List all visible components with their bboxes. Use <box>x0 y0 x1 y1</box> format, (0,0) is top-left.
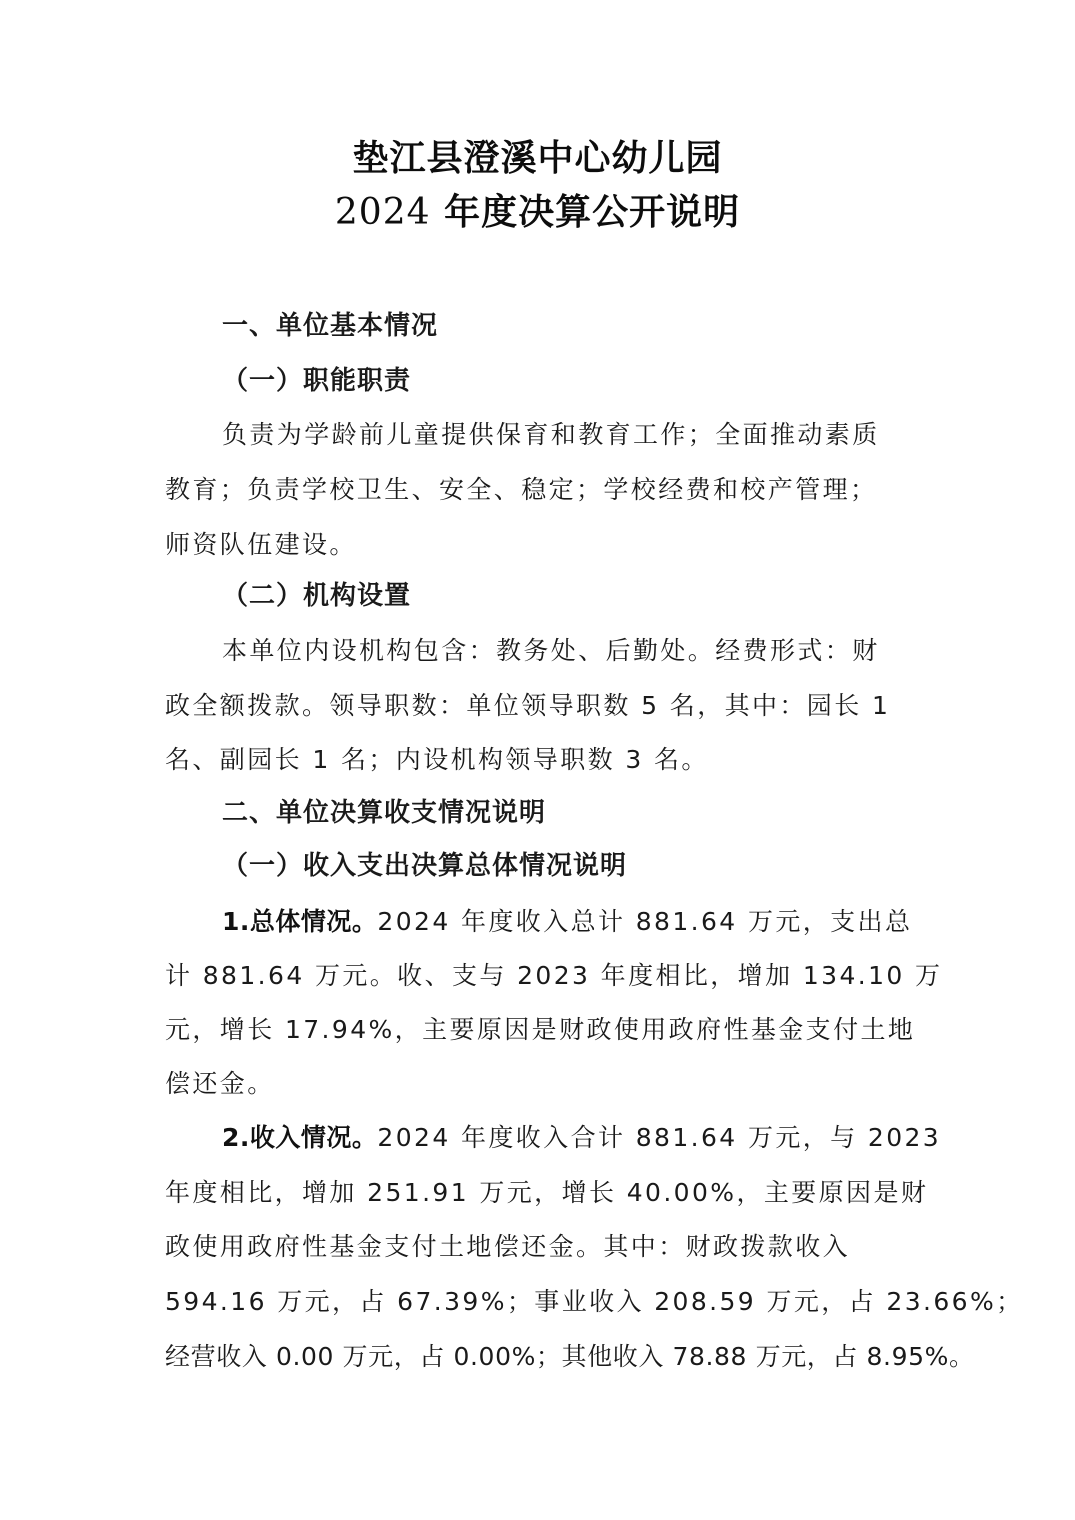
title-year: 2024 <box>335 192 431 233</box>
paragraph-line: 元，增长 17.94%，主要原因是财政使用政府性基金支付土地 <box>165 1013 915 1047</box>
paragraph-income: 2.收入情况。2024 年度收入合计 881.64 万元，与 2023 <box>222 1121 915 1155</box>
paragraph-line: 594.16 万元，占 67.39%；事业收入 208.59 万元，占 23.6… <box>165 1285 915 1319</box>
section-heading-basic-info: 一、单位基本情况 <box>222 309 915 343</box>
paragraph-line: 名、副园长 1 名；内设机构领导职数 3 名。 <box>165 743 915 777</box>
paragraph-line: 计 881.64 万元。收、支与 2023 年度相比，增加 134.10 万 <box>165 959 915 993</box>
paragraph-line: 本单位内设机构包含：教务处、后勤处。经费形式：财 <box>222 634 915 668</box>
paragraph-line: 教育；负责学校卫生、安全、稳定；学校经费和校产管理； <box>165 473 915 507</box>
paragraph-overall: 1.总体情况。2024 年度收入总计 881.64 万元，支出总 <box>222 905 915 939</box>
paragraph-line: 偿还金。 <box>165 1067 915 1101</box>
paragraph-line: 年度相比，增加 251.91 万元，增长 40.00%，主要原因是财 <box>165 1176 915 1210</box>
paragraph-line: 政使用政府性基金支付土地偿还金。其中：财政拨款收入 <box>165 1230 915 1264</box>
paragraph-line: 负责为学龄前儿童提供保育和教育工作；全面推动素质 <box>222 418 915 452</box>
subsection-heading-overall: （一）收入支出决算总体情况说明 <box>222 849 915 883</box>
paragraph-line: 政全额拨款。领导职数：单位领导职数 5 名，其中：园长 1 <box>165 689 915 723</box>
title-rest: 年度决算公开说明 <box>431 191 741 233</box>
subsection-heading-organization: （二）机构设置 <box>222 579 915 613</box>
subsection-heading-functions: （一）职能职责 <box>222 364 915 398</box>
document-page: 垫江县澄溪中心幼儿园 2024 年度决算公开说明 一、单位基本情况 （一）职能职… <box>0 0 1075 1520</box>
section-heading-final-accounts: 二、单位决算收支情况说明 <box>222 796 915 830</box>
document-title-line1: 垫江县澄溪中心幼儿园 <box>0 138 1075 178</box>
paragraph-line: 经营收入 0.00 万元，占 0.00%；其他收入 78.88 万元，占 8.9… <box>165 1340 915 1374</box>
paragraph-text: 2024 年度收入总计 881.64 万元，支出总 <box>377 907 912 936</box>
paragraph-lead: 2.收入情况。 <box>222 1123 377 1152</box>
paragraph-lead: 1.总体情况。 <box>222 907 377 936</box>
paragraph-text: 2024 年度收入合计 881.64 万元，与 2023 <box>377 1123 941 1152</box>
paragraph-line: 师资队伍建设。 <box>165 528 915 562</box>
document-title-line2: 2024 年度决算公开说明 <box>0 192 1075 233</box>
